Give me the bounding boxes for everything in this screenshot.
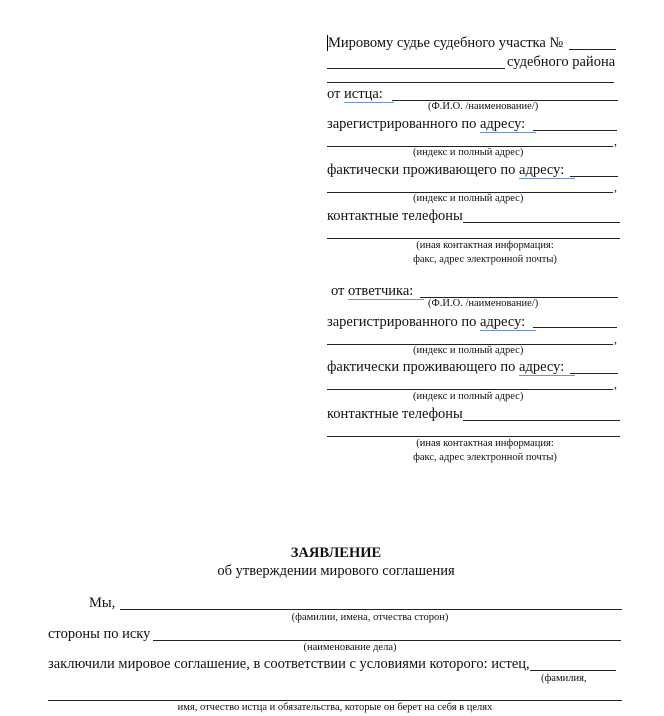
document-title: ЗАЯВЛЕНИЕ <box>0 545 664 562</box>
parties-names-hint: (фамилии, имена, отчества сторон) <box>200 612 540 624</box>
defendant-contact-hint-2: факс, адрес электронной почты) <box>380 452 590 464</box>
plaintiff-contact-field[interactable] <box>327 238 620 239</box>
defendant-actual-hint: (индекс и полный адрес) <box>413 391 523 403</box>
case-name-field[interactable] <box>153 640 621 641</box>
plaintiff-contact-hint-1: (иная контактная информация: <box>380 240 590 252</box>
defendant-actual-field[interactable] <box>570 373 618 374</box>
document-subtitle: об утверждении мирового соглашения <box>0 563 664 579</box>
case-name-hint: (наименование дела) <box>230 642 470 654</box>
defendant-registered-link[interactable]: адресу: <box>480 314 536 331</box>
defendant-prefix: от <box>331 283 344 299</box>
plaintiff-contact-hint-2: факс, адрес электронной почты) <box>380 254 590 266</box>
defendant-link[interactable]: ответчика: <box>348 283 424 300</box>
court-extra-field[interactable] <box>327 82 614 83</box>
plaintiff-registered-field[interactable] <box>533 130 617 131</box>
defendant-fio-hint: (Ф.И.О. /наименование/) <box>428 298 538 310</box>
agreement-text: заключили мировое соглашение, в соответс… <box>48 656 530 672</box>
case-label: стороны по иску <box>48 626 150 642</box>
plaintiff-link[interactable]: истца: <box>344 86 394 103</box>
plaintiff-phones-field[interactable] <box>463 222 620 223</box>
defendant-phones-label: контактные телефоны <box>327 406 463 422</box>
plaintiff-actual-link[interactable]: адресу: <box>519 162 575 179</box>
plaintiff-phones-label: контактные телефоны <box>327 208 463 224</box>
comma: , <box>614 377 617 392</box>
judge-line: Мировому судье судебного участка № <box>328 35 563 51</box>
defendant-actual-link[interactable]: адресу: <box>519 359 575 376</box>
defendant-actual-label: фактически проживающего по адресу: <box>327 359 575 376</box>
plaintiff-actual-label: фактически проживающего по адресу: <box>327 162 575 179</box>
plaintiff-surname-hint: (фамилия, <box>541 673 587 685</box>
district-name-field[interactable] <box>327 68 505 69</box>
plaintiff-label: от истца: <box>327 86 394 103</box>
obligations-field[interactable] <box>48 700 622 701</box>
comma: , <box>614 332 617 347</box>
plaintiff-actual-field[interactable] <box>570 176 618 177</box>
obligations-hint: имя, отчество истца и обязательства, кот… <box>100 702 570 714</box>
plaintiff-actual-hint: (индекс и полный адрес) <box>413 193 523 205</box>
defendant-phones-field[interactable] <box>463 420 620 421</box>
plaintiff-registered-label: зарегистрированного по адресу: <box>327 116 536 133</box>
defendant-contact-field[interactable] <box>327 436 620 437</box>
court-number-field[interactable] <box>569 49 616 50</box>
plaintiff-surname-field[interactable] <box>530 670 616 671</box>
plaintiff-fio-hint: (Ф.И.О. /наименование/) <box>428 101 538 113</box>
plaintiff-prefix: от <box>327 86 340 102</box>
defendant-registered-field[interactable] <box>533 327 617 328</box>
comma: , <box>614 180 617 195</box>
plaintiff-registered-link[interactable]: адресу: <box>480 116 536 133</box>
defendant-registered-label: зарегистрированного по адресу: <box>327 314 536 331</box>
defendant-actual-field-2[interactable] <box>327 389 613 390</box>
district-suffix: судебного района <box>507 54 615 70</box>
plaintiff-address-hint: (индекс и полный адрес) <box>413 147 523 159</box>
defendant-address-hint: (индекс и полный адрес) <box>413 345 523 357</box>
comma: , <box>614 134 617 149</box>
defendant-contact-hint-1: (иная контактная информация: <box>380 438 590 450</box>
parties-names-field[interactable] <box>120 609 622 610</box>
we-label: Мы, <box>89 595 115 611</box>
defendant-label: от ответчика: <box>331 283 424 300</box>
